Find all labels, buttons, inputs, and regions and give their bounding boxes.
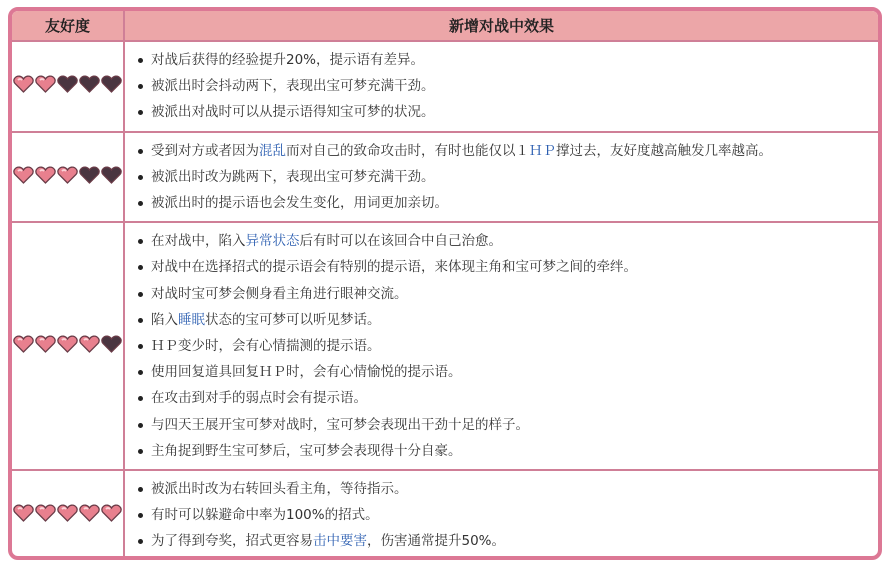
- effects-list: 对战后获得的经验提升20%，提示语有差异。被派出时会抖动两下，表现出宝可梦充满干…: [125, 42, 878, 131]
- effects-list: 被派出时改为右转回头看主角，等待指示。有时可以躲避命中率为100%的招式。为了得…: [125, 471, 878, 560]
- table-row: 在对战中，陷入异常状态后有时可以在该回合中自己治愈。对战中在选择招式的提示语会有…: [12, 222, 878, 470]
- friendship-hearts: [13, 335, 122, 353]
- heart-full-icon: [79, 504, 100, 522]
- effect-text: 使用回复道具回复ＨＰ时，会有心情愉悦的提示语。: [151, 364, 462, 380]
- heart-empty-icon: [79, 166, 100, 184]
- friendship-hearts: [13, 166, 122, 184]
- heart-full-icon: [79, 335, 100, 353]
- effect-text: ，伤害通常提升50%。: [367, 533, 505, 549]
- effect-item: 被派出时改为跳两下，表现出宝可梦充满干劲。: [137, 164, 878, 190]
- term-link[interactable]: 异常状态: [246, 233, 300, 249]
- effect-text: 对战中在选择招式的提示语会有特别的提示语，来体现主角和宝可梦之间的牵绊。: [151, 259, 637, 275]
- table-row: 受到对方或者因为混乱而对自己的致命攻击时，有时也能仅以１ＨＰ撑过去，友好度越高触…: [12, 132, 878, 223]
- friendship-effects-table: 友好度 新增对战中效果 对战后获得的经验提升20%，提示语有差异。被派出时会抖动…: [8, 7, 882, 560]
- effect-text: 而对自己的致命攻击时，有时也能仅以１: [286, 143, 529, 159]
- header-effects: 新增对战中效果: [124, 11, 878, 41]
- friendship-hearts: [13, 504, 122, 522]
- term-link[interactable]: 击中要害: [313, 533, 367, 549]
- effect-item: 有时可以躲避命中率为100%的招式。: [137, 502, 878, 528]
- effect-text: 对战后获得的经验提升20%，提示语有差异。: [151, 52, 424, 68]
- friendship-hearts: [13, 75, 122, 93]
- heart-full-icon: [13, 166, 34, 184]
- effects-list: 在对战中，陷入异常状态后有时可以在该回合中自己治愈。对战中在选择招式的提示语会有…: [125, 223, 878, 469]
- term-link[interactable]: 睡眠: [178, 312, 205, 328]
- effect-text: 在对战中，陷入: [151, 233, 246, 249]
- effect-item: 为了得到夸奖，招式更容易击中要害，伤害通常提升50%。: [137, 528, 878, 554]
- effects-cell: 在对战中，陷入异常状态后有时可以在该回合中自己治愈。对战中在选择招式的提示语会有…: [124, 222, 878, 470]
- effect-item: 被派出时会抖动两下，表现出宝可梦充满干劲。: [137, 73, 878, 99]
- effects-list: 受到对方或者因为混乱而对自己的致命攻击时，有时也能仅以１ＨＰ撑过去，友好度越高触…: [125, 133, 878, 222]
- friendship-level-cell: [12, 41, 124, 132]
- heart-full-icon: [13, 335, 34, 353]
- friendship-level-cell: [12, 470, 124, 560]
- heart-full-icon: [13, 504, 34, 522]
- effect-item: 与四天王展开宝可梦对战时，宝可梦会表现出干劲十足的样子。: [137, 412, 878, 438]
- friendship-level-cell: [12, 132, 124, 223]
- effect-text: 与四天王展开宝可梦对战时，宝可梦会表现出干劲十足的样子。: [151, 417, 529, 433]
- effect-item: 在对战中，陷入异常状态后有时可以在该回合中自己治愈。: [137, 228, 878, 254]
- effect-text: 为了得到夸奖，招式更容易: [151, 533, 313, 549]
- effect-text: 主角捉到野生宝可梦后，宝可梦会表现得十分自豪。: [151, 443, 462, 459]
- effect-item: 被派出时的提示语也会发生变化，用词更加亲切。: [137, 190, 878, 216]
- heart-full-icon: [101, 504, 122, 522]
- effects-cell: 被派出时改为右转回头看主角，等待指示。有时可以躲避命中率为100%的招式。为了得…: [124, 470, 878, 560]
- friendship-level-cell: [12, 222, 124, 470]
- heart-full-icon: [35, 166, 56, 184]
- heart-full-icon: [35, 75, 56, 93]
- effects-cell: 对战后获得的经验提升20%，提示语有差异。被派出时会抖动两下，表现出宝可梦充满干…: [124, 41, 878, 132]
- term-link[interactable]: 混乱: [259, 143, 286, 159]
- effect-item: 受到对方或者因为混乱而对自己的致命攻击时，有时也能仅以１ＨＰ撑过去，友好度越高触…: [137, 138, 878, 164]
- effect-text: 有时可以躲避命中率为100%的招式。: [151, 507, 379, 523]
- effect-text: 陷入: [151, 312, 178, 328]
- effect-item: 使用回复道具回复ＨＰ时，会有心情愉悦的提示语。: [137, 359, 878, 385]
- effects-cell: 受到对方或者因为混乱而对自己的致命攻击时，有时也能仅以１ＨＰ撑过去，友好度越高触…: [124, 132, 878, 223]
- effect-item: 对战中在选择招式的提示语会有特别的提示语，来体现主角和宝可梦之间的牵绊。: [137, 254, 878, 280]
- effect-text: 后有时可以在该回合中自己治愈。: [300, 233, 503, 249]
- heart-full-icon: [13, 75, 34, 93]
- effect-item: 被派出时改为右转回头看主角，等待指示。: [137, 476, 878, 502]
- effect-text: 被派出对战时可以从提示语得知宝可梦的状况。: [151, 104, 435, 120]
- heart-full-icon: [35, 504, 56, 522]
- heart-empty-icon: [101, 335, 122, 353]
- heart-empty-icon: [79, 75, 100, 93]
- table-row: 被派出时改为右转回头看主角，等待指示。有时可以躲避命中率为100%的招式。为了得…: [12, 470, 878, 560]
- effect-text: ＨＰ变少时，会有心情揣测的提示语。: [151, 338, 381, 354]
- effect-text: 受到对方或者因为: [151, 143, 259, 159]
- heart-empty-icon: [101, 166, 122, 184]
- effect-text: 被派出时改为跳两下，表现出宝可梦充满干劲。: [151, 169, 435, 185]
- effect-text: 被派出时改为右转回头看主角，等待指示。: [151, 481, 408, 497]
- heart-empty-icon: [101, 75, 122, 93]
- effect-item: 在攻击到对手的弱点时会有提示语。: [137, 385, 878, 411]
- heart-empty-icon: [57, 75, 78, 93]
- heart-full-icon: [57, 504, 78, 522]
- table-row: 对战后获得的经验提升20%，提示语有差异。被派出时会抖动两下，表现出宝可梦充满干…: [12, 41, 878, 132]
- effect-text: 在攻击到对手的弱点时会有提示语。: [151, 390, 367, 406]
- effect-item: 对战时宝可梦会侧身看主角进行眼神交流。: [137, 281, 878, 307]
- header-row: 友好度 新增对战中效果: [12, 11, 878, 41]
- heart-full-icon: [57, 335, 78, 353]
- effect-item: 陷入睡眠状态的宝可梦可以听见梦话。: [137, 307, 878, 333]
- effect-text: 被派出时的提示语也会发生变化，用词更加亲切。: [151, 195, 448, 211]
- effect-item: ＨＰ变少时，会有心情揣测的提示语。: [137, 333, 878, 359]
- term-link[interactable]: ＨＰ: [529, 143, 556, 159]
- effect-item: 对战后获得的经验提升20%，提示语有差异。: [137, 47, 878, 73]
- header-friendship: 友好度: [12, 11, 124, 41]
- effect-text: 对战时宝可梦会侧身看主角进行眼神交流。: [151, 286, 408, 302]
- effect-text: 撑过去，友好度越高触发几率越高。: [556, 143, 772, 159]
- effect-text: 状态的宝可梦可以听见梦话。: [205, 312, 381, 328]
- heart-full-icon: [35, 335, 56, 353]
- effect-text: 被派出时会抖动两下，表现出宝可梦充满干劲。: [151, 78, 435, 94]
- effect-item: 被派出对战时可以从提示语得知宝可梦的状况。: [137, 99, 878, 125]
- effect-item: 主角捉到野生宝可梦后，宝可梦会表现得十分自豪。: [137, 438, 878, 464]
- heart-full-icon: [57, 166, 78, 184]
